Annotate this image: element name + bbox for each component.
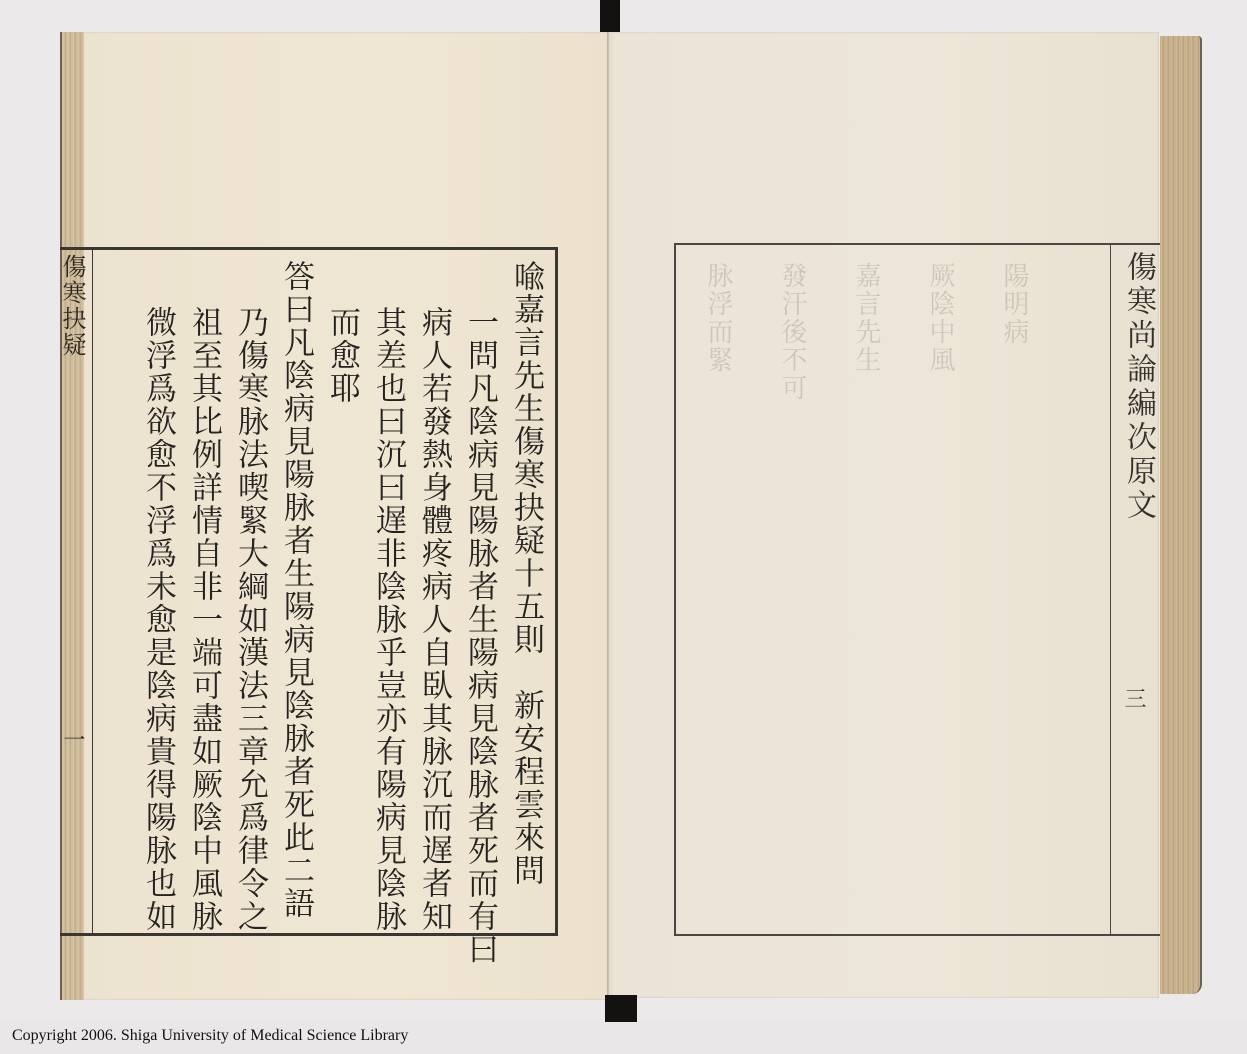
left-text-frame: 喩嘉言先生傷寒抉疑十五則 新安程雲來問 一問凡陰病見陽脉者生陽病見陰脉者死而有曰… (92, 247, 558, 936)
right-hanshin: 傷寒尚論編次原文 三 (1108, 243, 1160, 936)
text-column: 其差也曰沉曰遅非陰脉乎豈亦有陽病見陰脉 (365, 260, 411, 929)
ribbon-top (600, 0, 620, 32)
ribbon-bottom (605, 995, 637, 1022)
copyright-notice: Copyright 2006. Shiga University of Medi… (12, 1027, 408, 1045)
text-column: 乃傷寒脉法喫緊大綱如漢法三章允爲律令之 (227, 260, 273, 929)
text-column: 一問凡陰病見陽脉者生陽病見陰脉者死而有曰 (457, 260, 503, 929)
ghost-column: 厥陰中風 (922, 262, 960, 402)
left-hanshin: 傷寒抉疑 一 (60, 247, 94, 936)
left-text-columns: 喩嘉言先生傷寒抉疑十五則 新安程雲來問 一問凡陰病見陽脉者生陽病見陰脉者死而有曰… (93, 250, 555, 933)
ghost-column: 嘉言先生 (848, 262, 886, 402)
right-page-number: 三 (1118, 687, 1149, 709)
right-fore-edge (1160, 36, 1202, 994)
left-page-number: 一 (66, 728, 88, 750)
ghost-column: 脉浮而緊 (700, 262, 738, 402)
bleed-through-text: 陽明病 厥陰中風 嘉言先生 發汗後不可 脉浮而緊 (700, 262, 1034, 402)
left-hanshin-title: 傷寒抉疑 (68, 254, 90, 358)
answer-column: 答曰凡陰病見陽脉者生陽病見陰脉者死此二語 (273, 260, 319, 929)
text-column: 微浮爲欲愈不浮爲未愈是陰病貴得陽脉也如 (135, 260, 181, 929)
text-column: 病人若發熱身體疼病人自臥其脉沉而遅者知 (411, 260, 457, 929)
book-photograph: 傷寒抉疑 一 喩嘉言先生傷寒抉疑十五則 新安程雲來問 一問凡陰病見陽脉者生陽病見… (0, 0, 1247, 1022)
right-hanshin-title: 傷寒尚論編次原文 (1116, 251, 1160, 523)
text-column: 而愈耶 (319, 260, 365, 929)
heading-column: 喩嘉言先生傷寒抉疑十五則 新安程雲來問 (503, 260, 549, 929)
ghost-column: 發汗後不可 (774, 262, 812, 402)
ghost-column: 陽明病 (996, 262, 1034, 402)
text-column: 祖至其比例詳情自非一端可盡如厥陰中風脉 (181, 260, 227, 929)
